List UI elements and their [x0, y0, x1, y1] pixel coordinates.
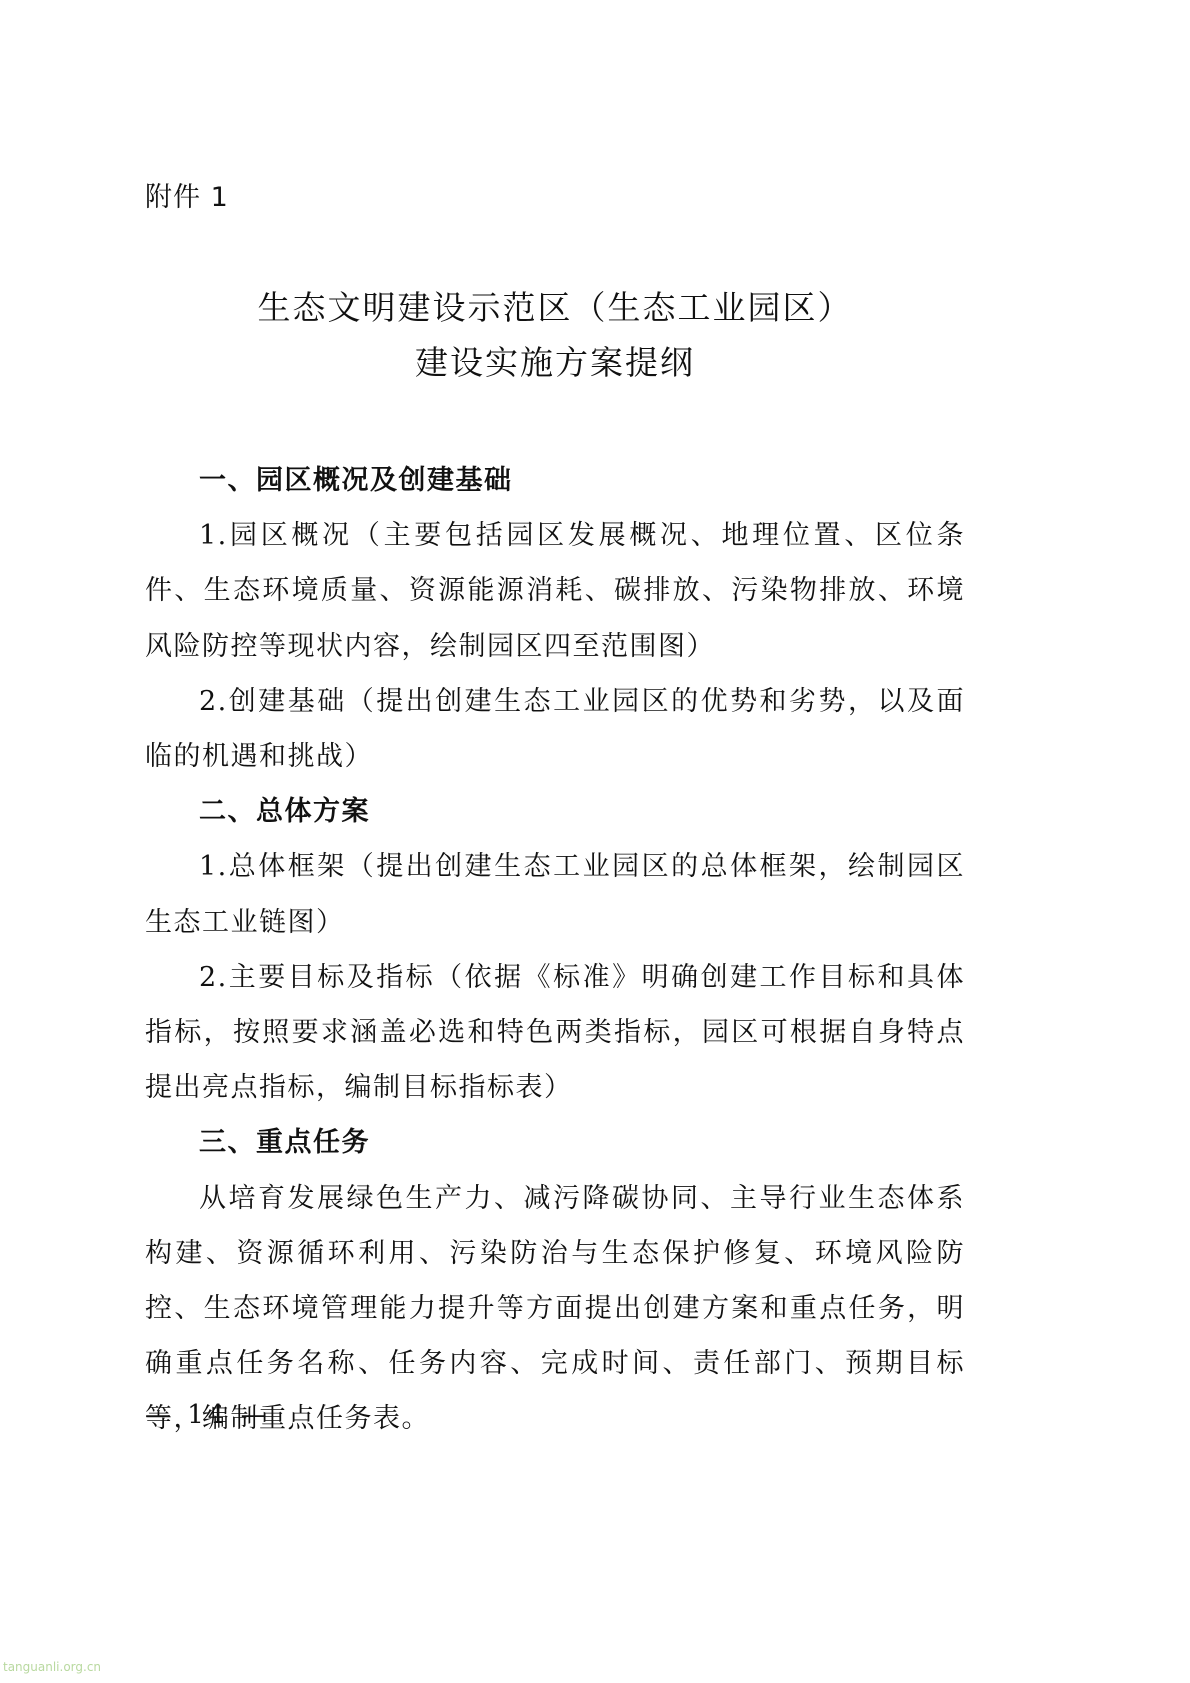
- paragraph: 1.园区概况（主要包括园区发展概况、地理位置、区位条件、生态环境质量、资源能源消…: [145, 508, 965, 674]
- section-heading: 三、重点任务: [145, 1115, 965, 1170]
- page-number: — 14 —: [145, 1400, 271, 1430]
- document-title-line-2: 建设实施方案提纲: [0, 337, 1110, 384]
- paragraph: 2.主要目标及指标（依据《标准》明确创建工作目标和具体指标，按照要求涵盖必选和特…: [145, 950, 965, 1116]
- section-heading: 一、园区概况及创建基础: [145, 453, 965, 508]
- document-page: 附件 1 生态文明建设示范区（生态工业园区） 建设实施方案提纲 一、园区概况及创…: [0, 0, 1190, 1683]
- paragraph: 2.创建基础（提出创建生态工业园区的优势和劣势，以及面临的机遇和挑战）: [145, 674, 965, 784]
- section-heading: 二、总体方案: [145, 784, 965, 839]
- watermark: tanguanli.org.cn: [3, 1660, 101, 1674]
- document-body: 一、园区概况及创建基础 1.园区概况（主要包括园区发展概况、地理位置、区位条件、…: [145, 453, 965, 1447]
- attachment-label: 附件 1: [145, 175, 229, 214]
- document-title-line-1: 生态文明建设示范区（生态工业园区）: [0, 282, 1110, 329]
- paragraph: 1.总体框架（提出创建生态工业园区的总体框架，绘制园区生态工业链图）: [145, 839, 965, 949]
